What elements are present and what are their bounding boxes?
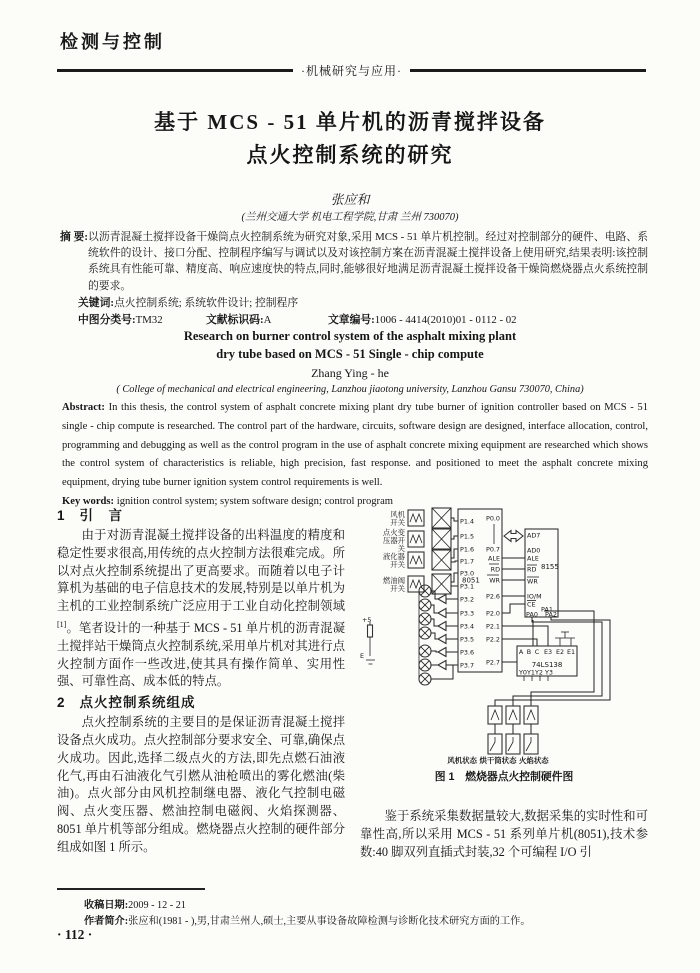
figure1-caption: 图 1 燃烧器点火控制硬件图 xyxy=(360,769,648,784)
abstract-cn-label: 摘 要: xyxy=(60,231,88,243)
svg-text:P2.2: P2.2 xyxy=(486,636,500,644)
indicator-lamps xyxy=(419,585,431,685)
io-chip-8155: AD7 AD0 ALE RD WR 8155 IO/M CE PA1 PA0 P… xyxy=(525,529,559,619)
relay-fuel-valve xyxy=(408,574,451,594)
svg-text:P1.4: P1.4 xyxy=(460,518,474,526)
abstract-en-label: Abstract: xyxy=(62,402,105,413)
io-chip-name: 8155 xyxy=(541,563,559,571)
decoder-74ls138: A B C E3 E2 E1 74LS138 Y0Y1Y2 Y3 xyxy=(517,646,577,681)
section1-paragraph: 由于对沥青混凝土搅拌设备的出料温度的精度和稳定性要求很高,用传统的点火控制方法很… xyxy=(57,527,345,691)
svg-text:P2.7: P2.7 xyxy=(486,659,500,667)
svg-text:开关: 开关 xyxy=(390,518,405,527)
relay-fan xyxy=(408,508,451,528)
svg-text:P3.4: P3.4 xyxy=(460,623,474,631)
keywords-cn-label: 关键词: xyxy=(78,297,114,309)
author-affiliation: (兰州交通大学 机电工程学院,甘肃 兰州 730070) xyxy=(0,209,700,224)
banner-rule-right xyxy=(410,69,646,72)
page-number: · 112 · xyxy=(57,927,92,943)
svg-text:P2.1: P2.1 xyxy=(486,623,500,631)
author-name: 张应和 xyxy=(0,189,700,208)
svg-text:E3: E3 xyxy=(544,648,552,656)
abstract-cn: 摘 要:以沥青混凝土搅拌设备干燥筒点火控制系统为研究对象,采用 MCS - 51… xyxy=(60,229,648,294)
data-bus-arrow xyxy=(504,531,523,542)
footnote-rule xyxy=(57,888,205,890)
document-code: 文献标识码:A xyxy=(206,312,271,327)
banner-rule-left xyxy=(57,69,293,72)
english-author: Zhang Ying - he xyxy=(0,366,700,381)
author-bio-line: 作者简介:张应和(1981 - ),男,甘肃兰州人,硕士,主要从事设备故障检测与… xyxy=(84,912,646,927)
received-date-line: 收稿日期:2009 - 12 - 21 xyxy=(84,896,186,911)
decoder-outputs: Y0Y1Y2 Y3 xyxy=(518,669,553,677)
left-column: 1引 言 由于对沥青混凝土搅拌设备的出料温度的精度和稳定性要求很高,用传统的点火… xyxy=(57,504,345,861)
section2-heading: 2点火控制系统组成 xyxy=(57,691,345,711)
paper-title-line1: 基于 MCS - 51 单片机的沥青搅拌设备 xyxy=(0,106,700,139)
section1-heading: 1引 言 xyxy=(57,504,345,524)
svg-text:ALE: ALE xyxy=(527,555,539,563)
section2-paragraph: 点火控制系统的主要目的是保证沥青混凝土搅拌设备点火成功。点火控制部分要求安全、可… xyxy=(57,714,345,856)
figure1-circuit-diagram: 风机 开关 点火变 压器开 关 液化器 开关 燃油阀 开关 xyxy=(358,504,643,766)
paper-title-line2: 点火控制系统的研究 xyxy=(0,139,700,172)
svg-text:WR: WR xyxy=(527,578,538,586)
english-title-line1: Research on burner control system of the… xyxy=(0,329,700,344)
mcu-8051: P1.4 P1.5 P1.6 P1.7 P3.0 P3.1 P3.2 P3.3 … xyxy=(458,509,502,672)
svg-text:B: B xyxy=(527,648,531,656)
status-sensors xyxy=(488,706,538,754)
svg-text:P2.0: P2.0 xyxy=(486,610,500,618)
meta-line: 中图分类号:TM32 文献标识码:A 文章编号:1006 - 4414(2010… xyxy=(78,312,648,326)
section-banner: ·机械研究与应用· xyxy=(57,62,646,79)
svg-text:P0.7: P0.7 xyxy=(486,546,500,554)
abstract-en-text: In this thesis, the control system of as… xyxy=(62,402,648,488)
svg-text:WR: WR xyxy=(489,577,500,585)
abstract-en: Abstract: In this thesis, the control sy… xyxy=(62,399,648,493)
abstract-cn-text: 以沥青混凝土搅拌设备干燥筒点火控制系统为研究对象,采用 MCS - 51 单片机… xyxy=(88,231,648,292)
svg-text:ALE: ALE xyxy=(488,555,500,563)
abstract-en-block: Abstract: In this thesis, the control sy… xyxy=(62,399,648,512)
right-column: 风机 开关 点火变 压器开 关 液化器 开关 燃油阀 开关 xyxy=(360,504,648,861)
svg-text:P0.0: P0.0 xyxy=(486,515,500,523)
svg-text:A: A xyxy=(519,648,524,656)
citation-1: [1] xyxy=(57,620,66,629)
svg-text:P1.5: P1.5 xyxy=(460,533,474,541)
svg-text:开关: 开关 xyxy=(390,560,405,569)
svg-text:AD0: AD0 xyxy=(527,547,540,555)
keywords-cn-text: 点火控制系统; 系统软件设计; 控制程序 xyxy=(114,297,298,309)
svg-text:E1: E1 xyxy=(567,648,575,656)
svg-text:P3.2: P3.2 xyxy=(460,596,474,604)
svg-text:AD7: AD7 xyxy=(527,532,540,540)
clc-number: 中图分类号:TM32 xyxy=(78,312,163,327)
svg-text:P3.6: P3.6 xyxy=(460,649,474,657)
keywords-cn: 关键词:点火控制系统; 系统软件设计; 控制程序 xyxy=(78,295,298,310)
right-column-paragraph: 鉴于系统采集数据量较大,数据采集的实时性和可靠性高,所以采用 MCS - 51 … xyxy=(360,808,648,861)
supply-symbols: +5 E xyxy=(360,616,375,664)
svg-text:P3.5: P3.5 xyxy=(460,636,474,644)
relay-liquefier xyxy=(408,550,451,570)
svg-text:P3.3: P3.3 xyxy=(460,610,474,618)
english-affiliation: ( College of mechanical and electrical e… xyxy=(0,384,700,395)
lamp-driver-buffers xyxy=(431,591,458,679)
journal-section-header: 检测与控制 xyxy=(60,28,165,54)
svg-text:P2.6: P2.6 xyxy=(486,593,500,601)
english-title-line2: dry tube based on MCS - 51 Single - chip… xyxy=(0,347,700,362)
e-label: E xyxy=(360,652,364,660)
mcu-name: 8051 xyxy=(462,577,480,585)
svg-text:P1.7: P1.7 xyxy=(460,558,474,566)
svg-text:RD: RD xyxy=(491,566,500,574)
svg-text:RD: RD xyxy=(527,566,536,574)
svg-text:开关: 开关 xyxy=(390,584,405,593)
svg-text:E2: E2 xyxy=(556,648,564,656)
svg-text:C: C xyxy=(535,648,540,656)
svg-text:IO/M: IO/M xyxy=(527,593,542,601)
status-labels: 风机状态 烘干筒状态 火焰状态 xyxy=(447,756,549,765)
banner-label: ·机械研究与应用· xyxy=(301,62,402,79)
body-columns: 1引 言 由于对沥青混凝土搅拌设备的出料温度的精度和稳定性要求很高,用传统的点火… xyxy=(57,504,648,861)
article-id: 文章编号:1006 - 4414(2010)01 - 0112 - 02 xyxy=(328,312,517,327)
svg-text:P3.7: P3.7 xyxy=(460,662,474,670)
svg-text:P1.6: P1.6 xyxy=(460,546,474,554)
svg-text:CE: CE xyxy=(527,601,536,609)
relay-ignition-transformer xyxy=(408,529,451,549)
paper-title: 基于 MCS - 51 单片机的沥青搅拌设备 点火控制系统的研究 xyxy=(0,106,700,172)
pullup-symbol xyxy=(555,632,575,646)
